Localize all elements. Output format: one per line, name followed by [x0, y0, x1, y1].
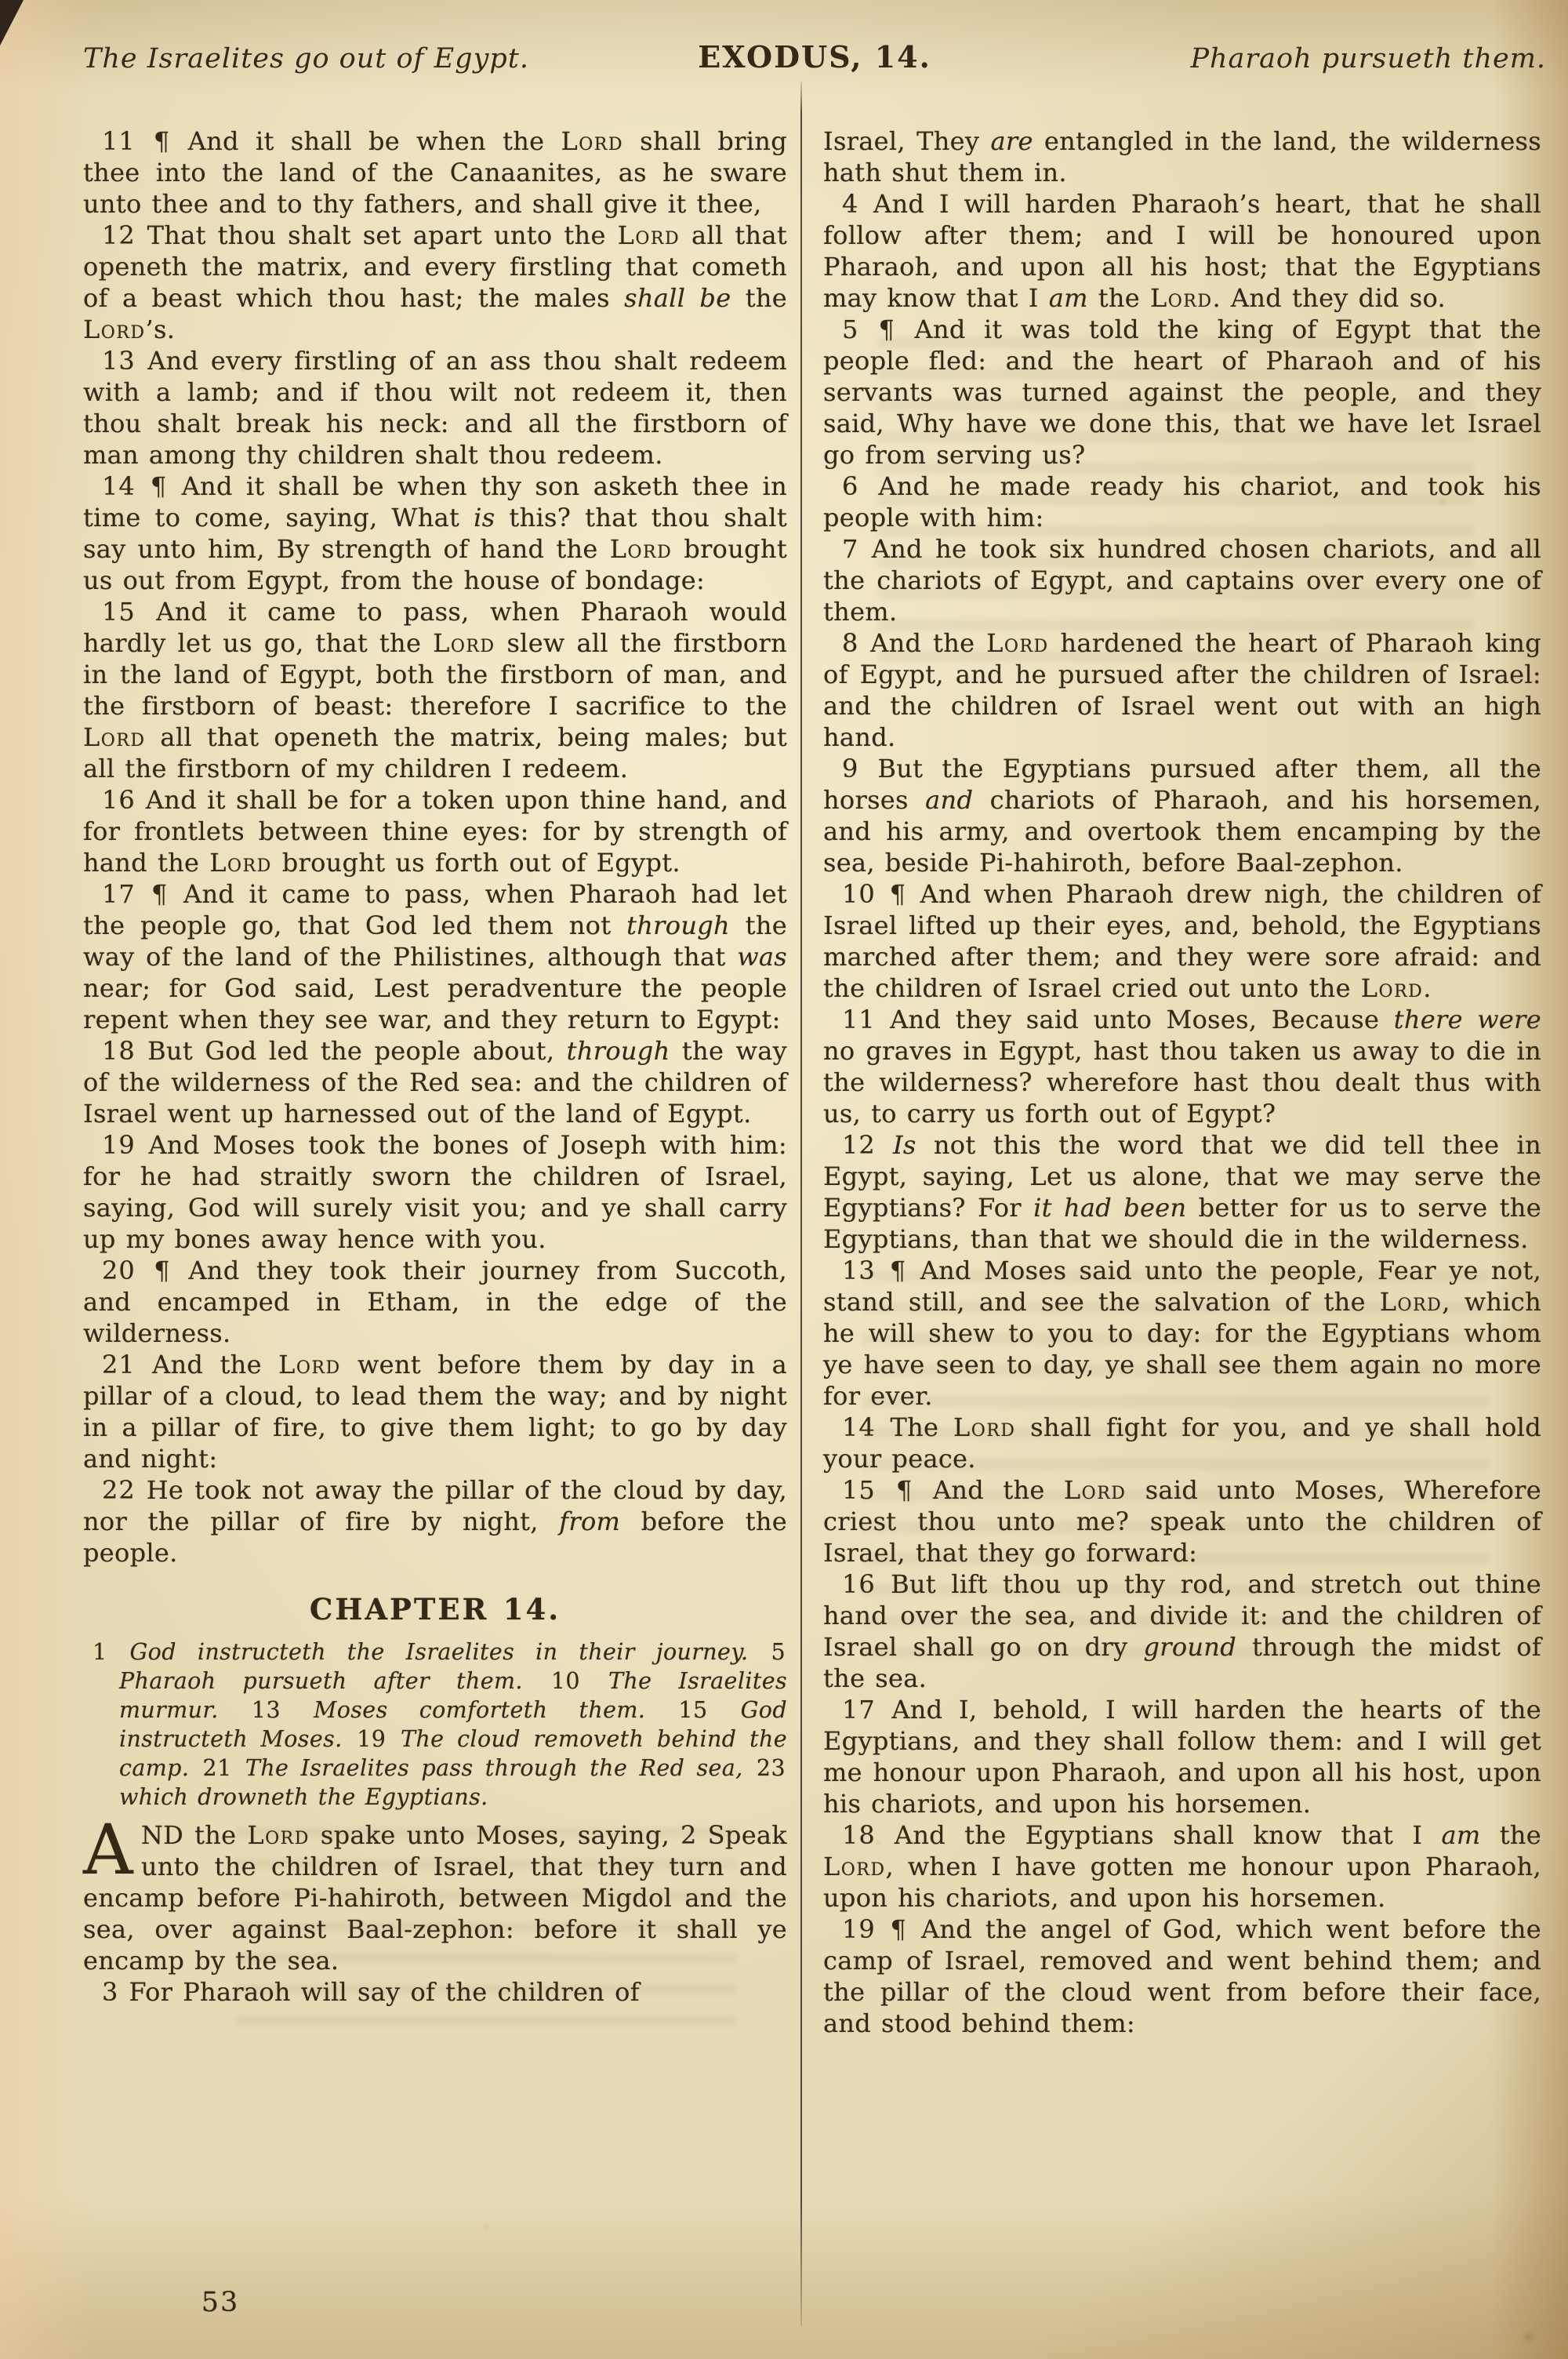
- summary-verse-number: 21: [201, 1755, 234, 1781]
- verse-paragraph: 18 But God led the people about, through…: [83, 1035, 787, 1129]
- verse-paragraph: 7 And he took six hundred chosen chariot…: [823, 533, 1541, 627]
- verse-number: 4: [842, 189, 858, 219]
- verse-paragraph: 19 And Moses took the bones of Joseph wi…: [83, 1129, 787, 1255]
- verse-number: 14: [102, 471, 136, 501]
- verse-paragraph: 4 And I will harden Pharaoh’s heart, tha…: [823, 188, 1541, 314]
- running-title-left: The Israelites go out of Egypt.: [83, 43, 674, 75]
- verse-number: 15: [842, 1475, 876, 1505]
- verse-number: 21: [102, 1350, 136, 1379]
- verse-paragraph: 6 And he made ready his chariot, and too…: [823, 471, 1541, 533]
- verse-number: 16: [842, 1569, 876, 1599]
- italic-supplied-word: ground: [1143, 1632, 1236, 1662]
- verse-paragraph: 9 But the Egyptians pursued after them, …: [823, 753, 1541, 878]
- divine-name-small-caps: Lord: [433, 628, 495, 658]
- summary-verse-number: 19: [355, 1726, 387, 1752]
- verse-number: 20: [102, 1256, 136, 1285]
- verse-paragraph: 19 ¶ And the angel of God, which went be…: [823, 1914, 1541, 2039]
- verse-number: 19: [842, 1914, 876, 1944]
- verse-number: 9: [842, 754, 858, 783]
- pilcrow-mark: ¶: [889, 1914, 909, 1944]
- italic-supplied-word: from: [559, 1507, 620, 1536]
- verse-number: 16: [102, 785, 136, 815]
- verse-number: 17: [842, 1695, 876, 1725]
- divine-name-small-caps: Lord: [953, 1412, 1016, 1442]
- italic-supplied-word: God instructeth the Israelites in their …: [130, 1639, 749, 1665]
- divine-name-small-caps: Lord: [1361, 973, 1424, 1003]
- italic-supplied-word: was: [737, 942, 787, 972]
- verse-number: 15: [102, 597, 136, 627]
- text-column-right: Israel, They are entangled in the land, …: [823, 125, 1541, 2039]
- pilcrow-mark: ¶: [152, 1256, 172, 1285]
- verse-paragraph: 20 ¶ And they took their journey from Su…: [83, 1255, 787, 1349]
- chapter-heading: CHAPTER 14.: [83, 1592, 787, 1627]
- italic-supplied-word: and: [925, 785, 973, 815]
- verse-number: 3: [102, 1977, 118, 2007]
- divine-name-small-caps: Lord: [1150, 283, 1213, 313]
- verse-paragraph: 13 And every firstling of an ass thou sh…: [83, 345, 787, 471]
- summary-verse-number: 1: [91, 1639, 109, 1665]
- verse-paragraph: 17 And I, behold, I will harden the hear…: [823, 1694, 1541, 1819]
- verse-number: 13: [102, 346, 136, 376]
- verse-paragraph: 10 ¶ And when Pharaoh drew nigh, the chi…: [823, 878, 1541, 1004]
- verse-paragraph: 17 ¶ And it came to pass, when Pharaoh h…: [83, 878, 787, 1035]
- italic-supplied-word: The Israelites pass through the Red sea,: [245, 1755, 743, 1781]
- italic-supplied-word: am: [1049, 283, 1088, 313]
- verse-paragraph: 3 For Pharaoh will say of the children o…: [83, 1976, 787, 2008]
- divine-name-small-caps: Lord: [823, 1852, 886, 1881]
- divine-name-small-caps: Lord: [209, 848, 272, 878]
- verse-number: 7: [842, 534, 858, 564]
- verse-number: 18: [842, 1820, 876, 1850]
- italic-supplied-word: Moses comforteth them.: [314, 1697, 645, 1723]
- verse-number: 8: [842, 628, 858, 658]
- pilcrow-mark: ¶: [149, 471, 169, 501]
- divine-name-small-caps: Lord: [1380, 1287, 1443, 1317]
- verse-paragraph-dropcap: AND the Lord spake unto Moses, saying, 2…: [83, 1819, 787, 1976]
- verse-paragraph: 12 That thou shalt set apart unto the Lo…: [83, 220, 787, 345]
- drop-cap-letter: A: [83, 1819, 141, 1879]
- verse-paragraph: 14 ¶ And it shall be when thy son asketh…: [83, 471, 787, 596]
- verse-number: 18: [102, 1036, 136, 1066]
- verse-paragraph: 16 And it shall be for a token upon thin…: [83, 784, 787, 878]
- verse-paragraph: 12 Is not this the word that we did tell…: [823, 1129, 1541, 1255]
- italic-supplied-word: through: [626, 911, 730, 940]
- pilcrow-mark: ¶: [150, 879, 169, 909]
- verse-paragraph: 11 ¶ And it shall be when the Lord shall…: [83, 125, 787, 220]
- divine-name-small-caps: Lord: [1064, 1475, 1127, 1505]
- italic-supplied-word: through: [567, 1036, 670, 1066]
- pilcrow-mark: ¶: [877, 314, 897, 344]
- divine-name-small-caps: Lord: [986, 628, 1049, 658]
- verse-paragraph: 21 And the Lord went before them by day …: [83, 1349, 787, 1474]
- divine-name-small-caps: Lord: [278, 1350, 341, 1379]
- pilcrow-mark: ¶: [152, 126, 172, 156]
- verse-paragraph: 14 The Lord shall fight for you, and ye …: [823, 1412, 1541, 1474]
- verse-paragraph: 22 He took not away the pillar of the cl…: [83, 1474, 787, 1568]
- italic-supplied-word: which drowneth the Egyptians.: [119, 1784, 488, 1810]
- italic-supplied-word: Is: [893, 1130, 916, 1160]
- summary-verse-number: 15: [677, 1697, 709, 1723]
- divine-name-small-caps: Lord: [83, 722, 146, 752]
- italic-supplied-word: am: [1441, 1820, 1480, 1850]
- verse-number: 11: [102, 126, 136, 156]
- verse-continuation: Israel, They are entangled in the land, …: [823, 125, 1541, 188]
- running-title-right: Pharaoh pursueth them.: [955, 43, 1546, 75]
- page-number: 53: [177, 2287, 263, 2318]
- verse-number: 14: [842, 1412, 876, 1442]
- bible-page-scan: The Israelites go out of Egypt. EXODUS, …: [0, 0, 1568, 2359]
- italic-supplied-word: Pharaoh pursueth after them.: [119, 1668, 523, 1694]
- verse-paragraph: 15 ¶ And the Lord said unto Moses, Where…: [823, 1474, 1541, 1568]
- italic-supplied-word: are: [990, 126, 1033, 156]
- book-chapter-title: EXODUS, 14.: [674, 39, 955, 75]
- pilcrow-mark: ¶: [895, 1475, 914, 1505]
- verse-number: 19: [102, 1130, 136, 1160]
- column-divider-rule: [800, 82, 802, 2326]
- divine-name-small-caps: Lord: [618, 220, 681, 250]
- divine-name-small-caps: Lord: [561, 126, 624, 156]
- verse-paragraph: 16 But lift thou up thy rod, and stretch…: [823, 1568, 1541, 1694]
- verse-number: 12: [102, 220, 136, 250]
- divine-name-small-caps: Lord: [247, 1820, 310, 1850]
- verse-paragraph: 11 And they said unto Moses, Because the…: [823, 1004, 1541, 1129]
- summary-verse-number: 5: [769, 1639, 787, 1665]
- verse-number: 17: [102, 879, 136, 909]
- verse-paragraph: 8 And the Lord hardened the heart of Pha…: [823, 627, 1541, 753]
- verse-number: 13: [842, 1256, 876, 1285]
- verse-number: 12: [842, 1130, 876, 1160]
- verse-number: 11: [842, 1005, 876, 1034]
- verse-number: 22: [102, 1475, 136, 1505]
- divine-name-small-caps: Lord: [610, 534, 673, 564]
- verse-number: 5: [842, 314, 858, 344]
- verse-paragraph: 5 ¶ And it was told the king of Egypt th…: [823, 314, 1541, 471]
- verse-paragraph: 18 And the Egyptians shall know that I a…: [823, 1819, 1541, 1914]
- verse-number: 10: [842, 879, 876, 909]
- italic-supplied-word: is: [474, 503, 495, 533]
- running-header: The Israelites go out of Egypt. EXODUS, …: [83, 39, 1546, 75]
- summary-verse-number: 10: [550, 1668, 582, 1694]
- italic-supplied-word: shall be: [624, 283, 731, 313]
- text-column-left: 11 ¶ And it shall be when the Lord shall…: [83, 125, 787, 2008]
- verse-paragraph: 15 And it came to pass, when Pharaoh wou…: [83, 596, 787, 784]
- summary-verse-number: 13: [250, 1697, 282, 1723]
- pilcrow-mark: ¶: [888, 879, 908, 909]
- verse-paragraph: 13 ¶ And Moses said unto the people, Fea…: [823, 1255, 1541, 1412]
- chapter-summary: 1 God instructeth the Israelites in thei…: [83, 1637, 787, 1812]
- italic-supplied-word: it had been: [1033, 1193, 1186, 1223]
- pilcrow-mark: ¶: [888, 1256, 908, 1285]
- divine-name-small-caps: Lord: [83, 314, 146, 344]
- verse-number: 6: [842, 471, 858, 501]
- italic-supplied-word: there were: [1394, 1005, 1541, 1034]
- page-corner-notch: [0, 0, 24, 45]
- summary-verse-number: 23: [755, 1755, 787, 1781]
